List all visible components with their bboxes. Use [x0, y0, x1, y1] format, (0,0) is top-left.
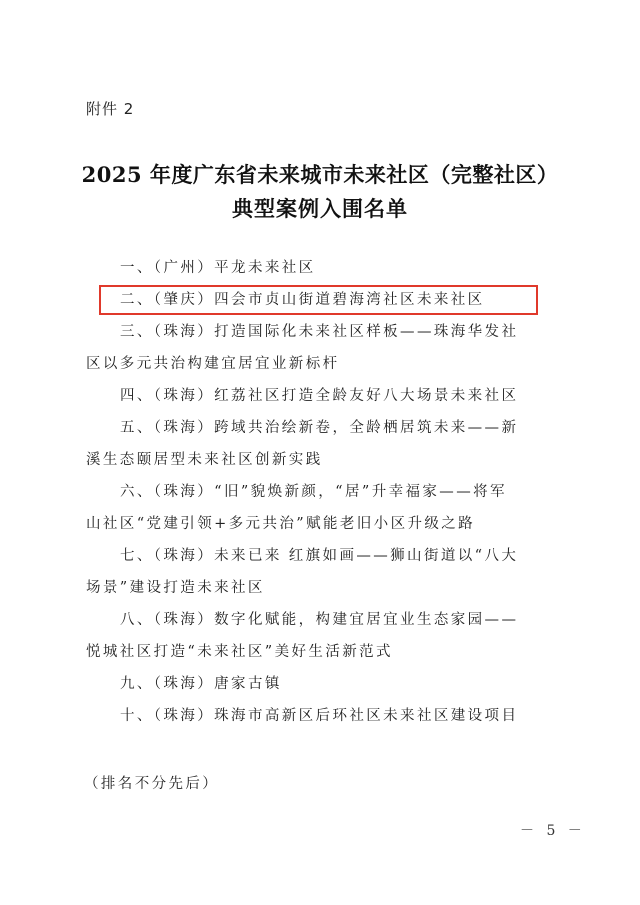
list-item-5-line-1: 五、（珠海）跨域共治绘新卷，全龄栖居筑未来——新: [120, 418, 518, 438]
list-item-8-line-2: 悦城社区打造“未来社区”美好生活新范式: [86, 642, 393, 662]
attachment-label: 附件 2: [86, 98, 134, 119]
list-item-6-line-2: 山社区“党建引领+多元共治”赋能老旧小区升级之路: [86, 514, 475, 534]
document-title-line-2: 典型案例入围名单: [60, 192, 580, 226]
list-item-3-line-2: 区以多元共治构建宜居宜业新标杆: [86, 354, 340, 374]
ranking-note: （排名不分先后）: [84, 772, 219, 793]
list-item-8-line-1: 八、（珠海）数字化赋能，构建宜居宜业生态家园——: [120, 610, 518, 630]
highlight-box: [99, 285, 538, 315]
list-item-7-line-2: 场景”建设打造未来社区: [86, 578, 265, 598]
list-item-4: 四、（珠海）红荔社区打造全龄友好八大场景未来社区: [120, 386, 518, 406]
list-item-1: 一、（广州）平龙未来社区: [120, 258, 316, 278]
list-item-6-line-1: 六、（珠海）“旧”貌焕新颜，“居”升幸福家——将军: [120, 482, 507, 502]
list-item-5-line-2: 溪生态颐居型未来社区创新实践: [86, 450, 323, 470]
list-item-3-line-1: 三、（珠海）打造国际化未来社区样板——珠海华发社: [120, 322, 518, 342]
page-number: － 5 －: [520, 820, 586, 840]
list-item-9: 九、（珠海）唐家古镇: [120, 674, 282, 694]
list-item-10: 十、（珠海）珠海市高新区后环社区未来社区建设项目: [120, 706, 518, 726]
document-title-line-1: 2025 年度广东省未来城市未来社区（完整社区）: [60, 158, 580, 192]
list-item-7-line-1: 七、（珠海）未来已来 红旗如画——狮山街道以“八大: [120, 546, 518, 566]
